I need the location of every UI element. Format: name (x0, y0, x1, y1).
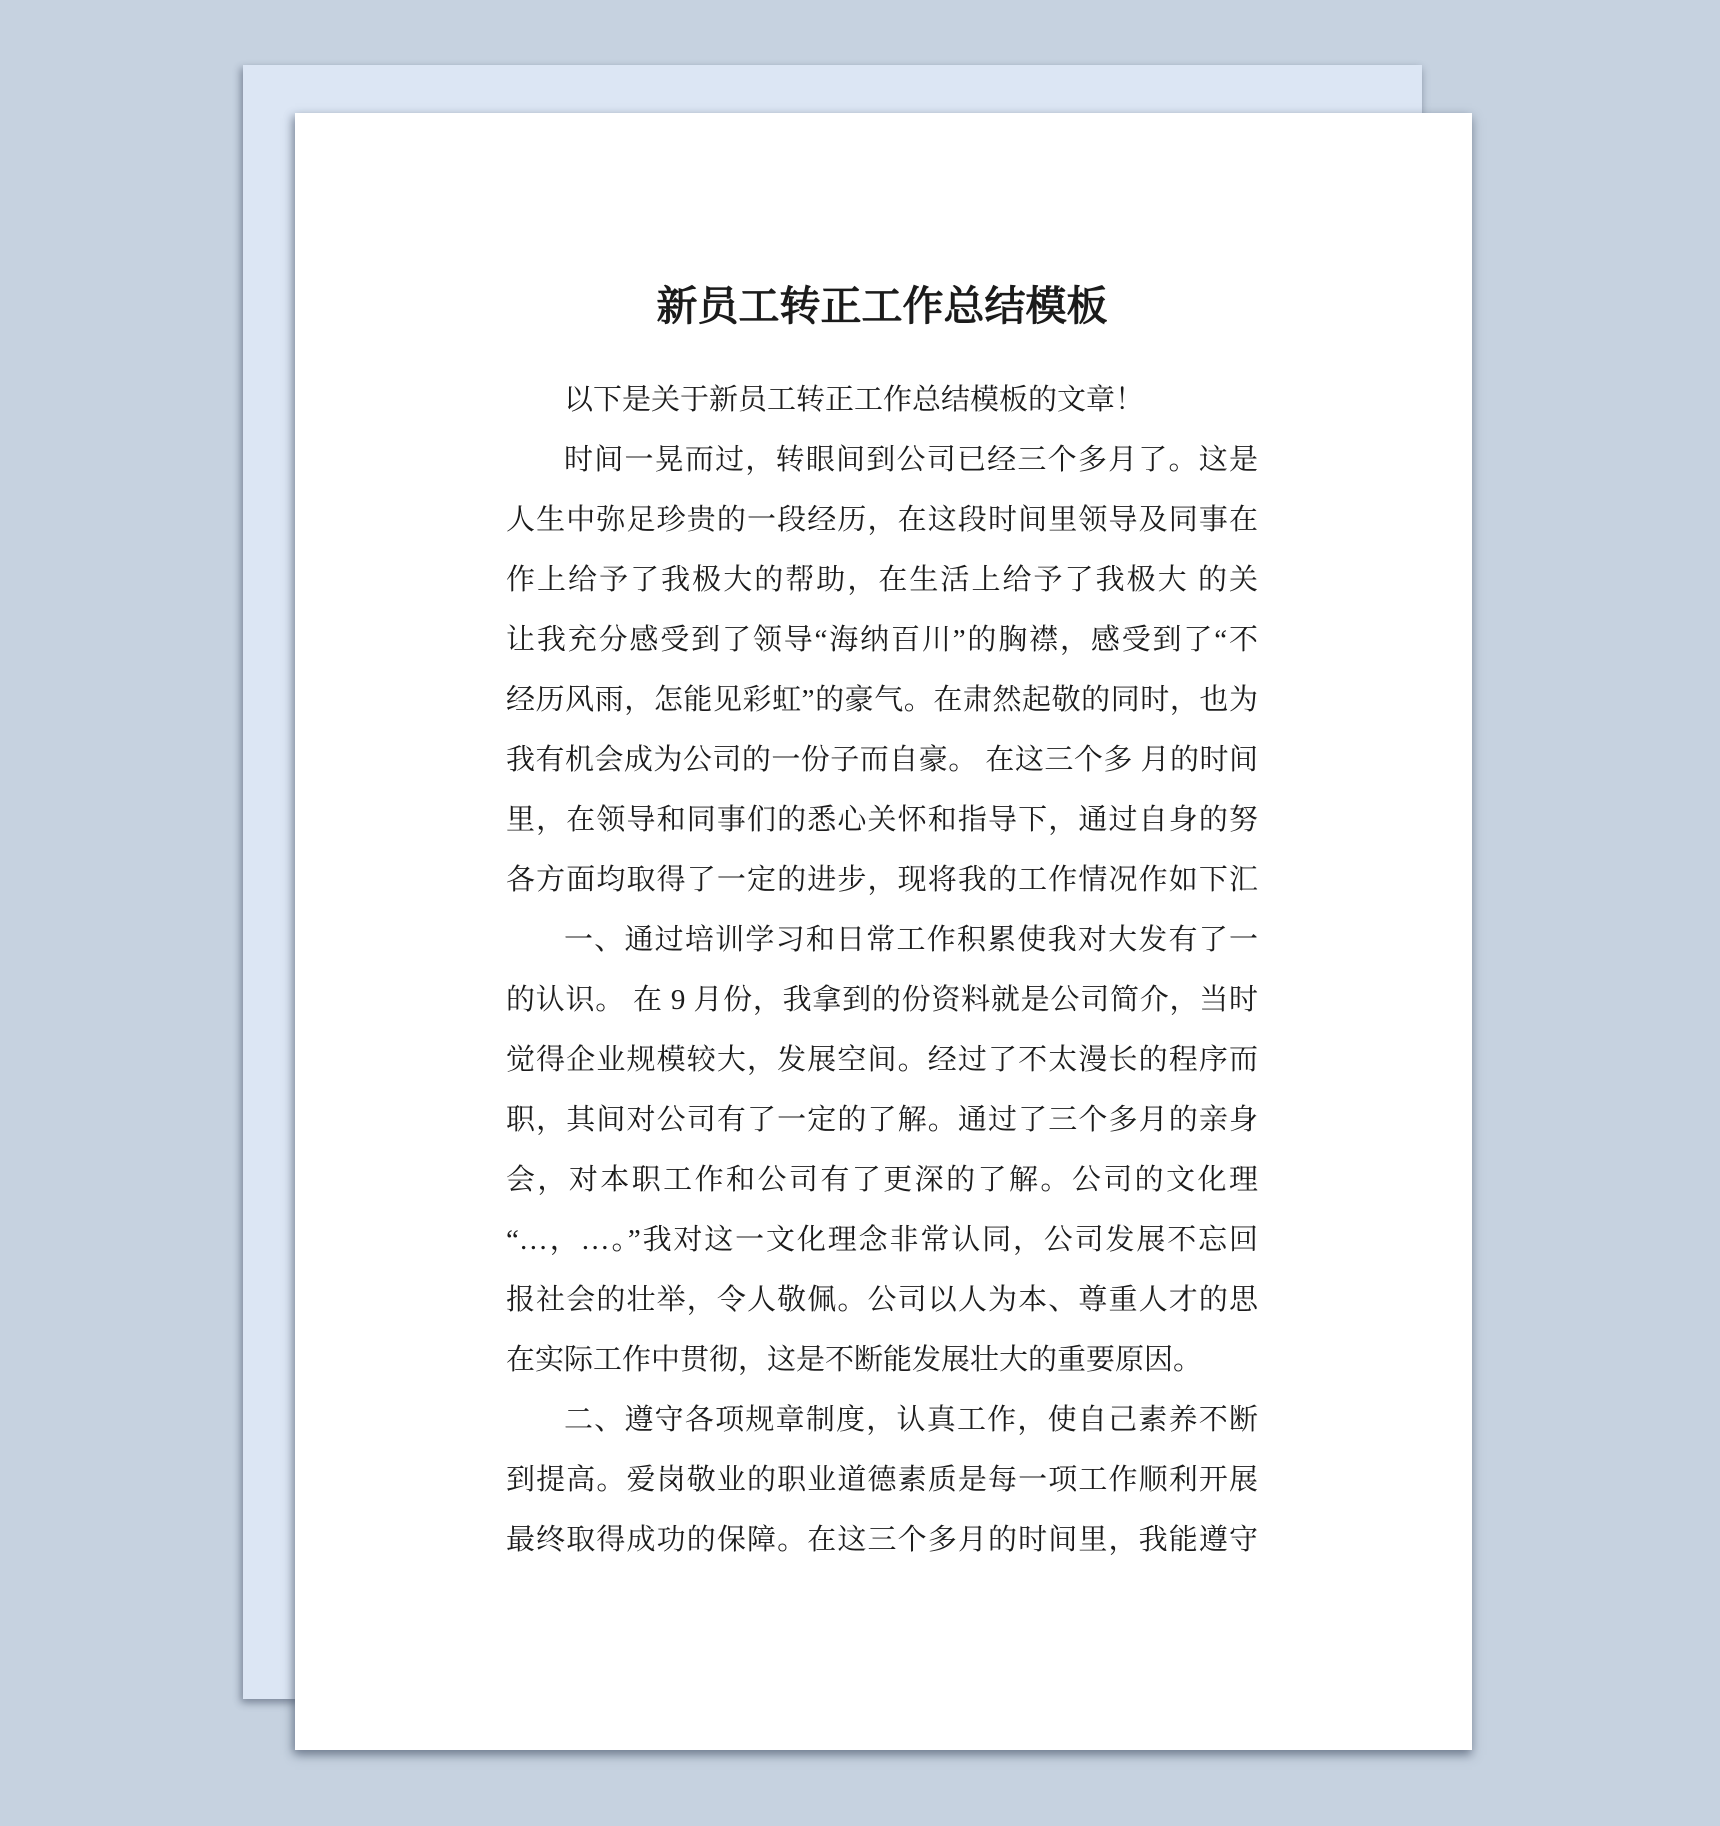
document-page: 新员工转正工作总结模板 以下是关于新员工转正工作总结模板的文章！时间一晃而过，转… (295, 113, 1472, 1750)
document-text-line: 二、遵守各项规章制度，认真工作，使自己素养不断得 (506, 1390, 1258, 1450)
document-body: 以下是关于新员工转正工作总结模板的文章！时间一晃而过，转眼间到公司已经三个多月了… (506, 370, 1258, 1570)
document-text-line: 作上给予了我极大的帮助，在生活上给予了我极大 的关心， (506, 550, 1258, 610)
document-text-line: 人生中弥足珍贵的一段经历，在这段时间里领导及同事在工 (506, 490, 1258, 550)
document-text-line: 里，在领导和同事们的悉心关怀和指导下，通过自身的努力， (506, 790, 1258, 850)
document-text-line: 会，对本职工作和公司有了更深的了解。公司的文化理念： (506, 1150, 1258, 1210)
document-text-line: 到提高。爱岗敬业的职业道德素质是每一项工作顺利开展并 (506, 1450, 1258, 1510)
desktop-background: 新员工转正工作总结模板 以下是关于新员工转正工作总结模板的文章！时间一晃而过，转… (0, 0, 1720, 1826)
document-text-line: 在实际工作中贯彻，这是不断能发展壮大的重要原因。 (506, 1330, 1258, 1390)
document-title: 新员工转正工作总结模板 (506, 278, 1258, 334)
document-text-line: 以下是关于新员工转正工作总结模板的文章！ (506, 370, 1258, 430)
document-text-line: 觉得企业规模较大，发展空间。经过了不太漫长的程序而入 (506, 1030, 1258, 1090)
document-text-line: 的认识。 在 9 月份，我拿到的份资料就是公司简介，当时 (506, 970, 1258, 1030)
document-text-line: 一、通过培训学习和日常工作积累使我对大发有了一定 (506, 910, 1258, 970)
document-text-line: 最终取得成功的保障。在这三个多月的时间里，我能遵守公 (506, 1510, 1258, 1570)
document-text-line: 经历风雨，怎能见彩虹”的豪气。在肃然起敬的同时，也为 (506, 670, 1258, 730)
document-text-line: 我有机会成为公司的一份子而自豪。 在这三个多 月的时间 (506, 730, 1258, 790)
document-text-line: 职，其间对公司有了一定的了解。通过了三个多月的亲身体 (506, 1090, 1258, 1150)
document-text-line: 时间一晃而过，转眼间到公司已经三个多月了。这是我 (506, 430, 1258, 490)
document-text-line: 各方面均取得了一定的进步，现将我的工作情况作如下汇报。 (506, 850, 1258, 910)
document-text-line: 让我充分感受到了领导“海纳百川”的胸襟，感受到了“不 (506, 610, 1258, 670)
document-text-line: 报社会的壮举，令人敬佩。公司以人为本、尊重人才的思想 (506, 1270, 1258, 1330)
document-text-line: “…，…。”我对这一文化理念非常认同，公司发展不忘回 (506, 1210, 1258, 1270)
